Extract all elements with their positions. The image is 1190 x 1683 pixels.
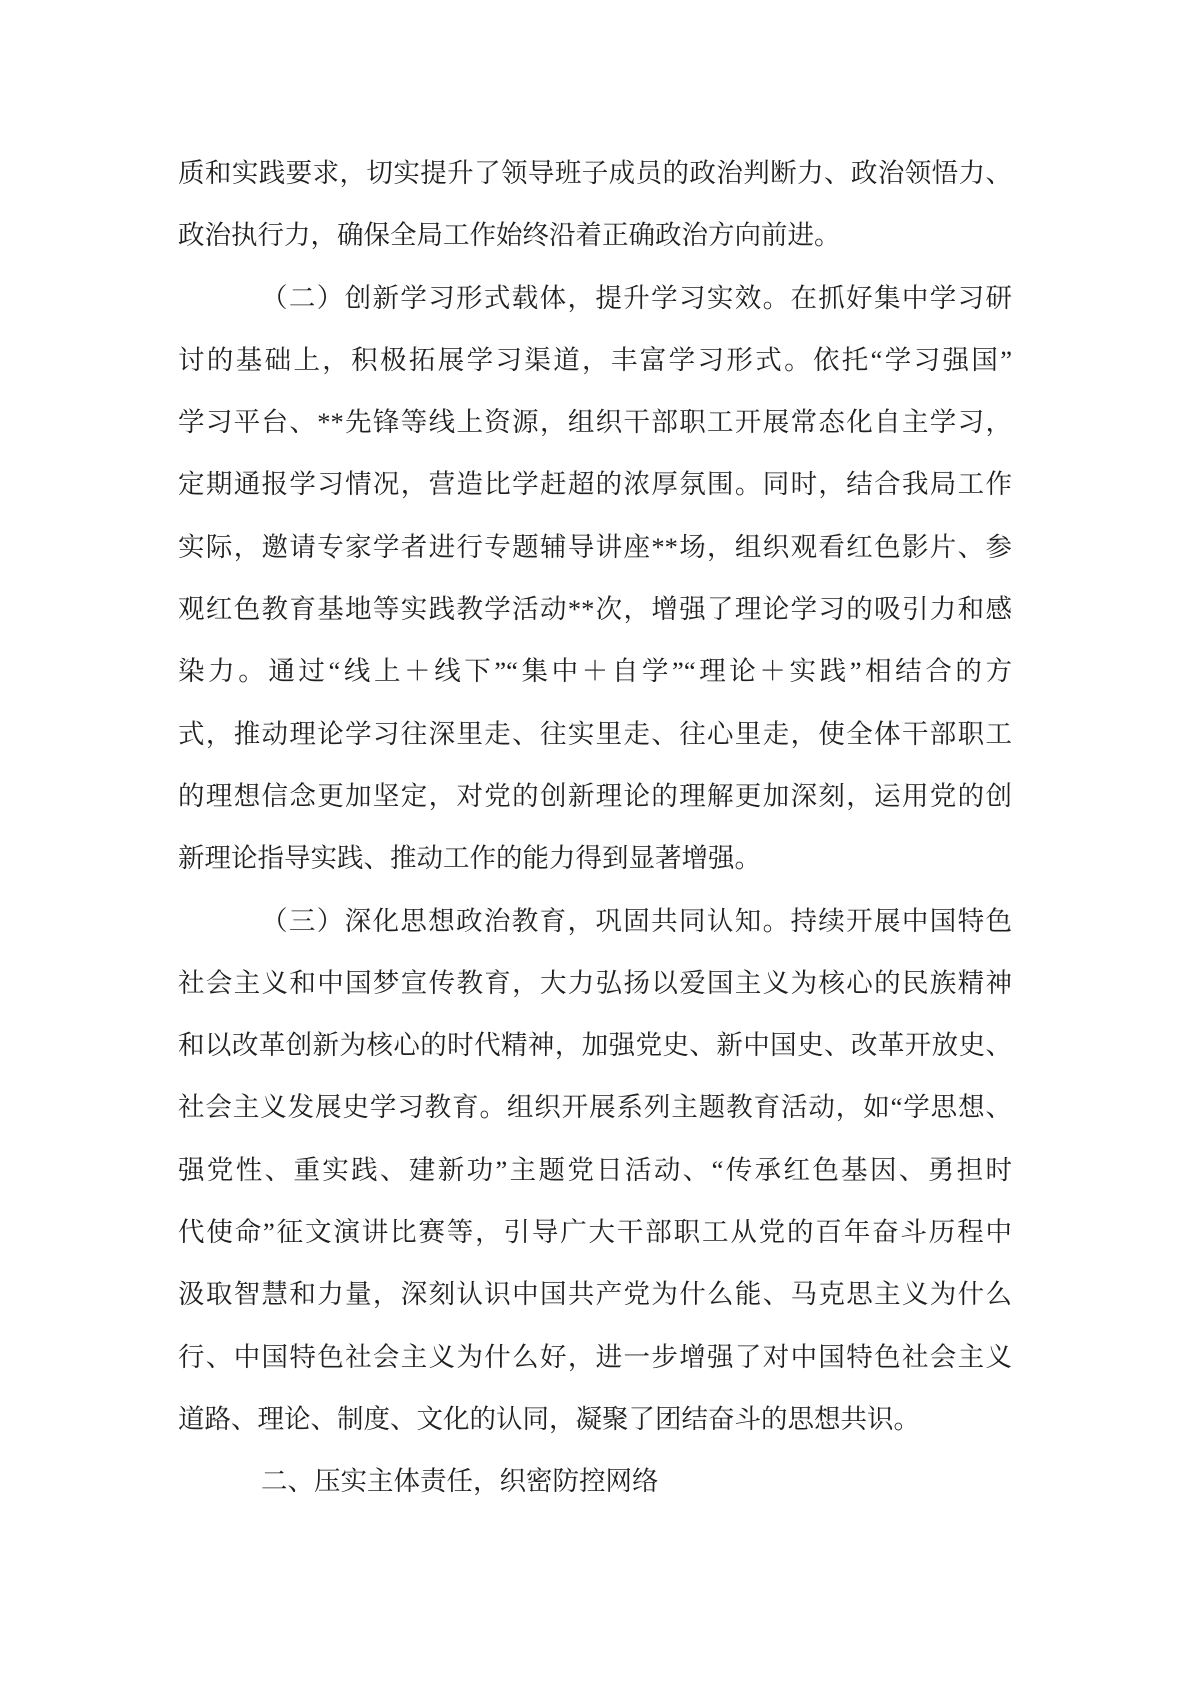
text-line: 代使命”征文演讲比赛等，引导广大干部职工从党的百年奋斗历程中 (178, 1201, 1012, 1263)
paragraph-continued: 质和实践要求，切实提升了领导班子成员的政治判断力、政治领悟力、政治执行力，确保全… (178, 142, 1012, 267)
paragraph-section-3: （三）深化思想政治教育，巩固共同认知。持续开展中国特色社会主义和中国梦宣传教育，… (178, 890, 1012, 1451)
text-line: 染力。通过“线上＋线下”“集中＋自学”“理论＋实践”相结合的方 (178, 640, 1012, 702)
document-page: 质和实践要求，切实提升了领导班子成员的政治判断力、政治领悟力、政治执行力，确保全… (0, 0, 1190, 1683)
text-line: 行、中国特色社会主义为什么好，进一步增强了对中国特色社会主义 (178, 1326, 1012, 1388)
text-line: （二）创新学习形式载体，提升学习实效。在抓好集中学习研 (178, 267, 1012, 329)
text-line: 讨的基础上，积极拓展学习渠道，丰富学习形式。依托“学习强国” (178, 329, 1012, 391)
text-line: 强党性、重实践、建新功”主题党日活动、“传承红色基因、勇担时 (178, 1139, 1012, 1201)
text-line: 社会主义发展史学习教育。组织开展系列主题教育活动，如“学思想、 (178, 1076, 1012, 1138)
text-line: 和以改革创新为核心的时代精神，加强党史、新中国史、改革开放史、 (178, 1014, 1012, 1076)
text-line: （三）深化思想政治教育，巩固共同认知。持续开展中国特色 (178, 890, 1012, 952)
text-line: 实际，邀请专家学者进行专题辅导讲座**场，组织观看红色影片、参 (178, 516, 1012, 578)
text-line: 式，推动理论学习往深里走、往实里走、往心里走，使全体干部职工 (178, 703, 1012, 765)
text-line: 汲取智慧和力量，深刻认识中国共产党为什么能、马克思主义为什么 (178, 1263, 1012, 1325)
text-line: 二、压实主体责任，织密防控网络 (178, 1450, 1012, 1512)
document-body: 质和实践要求，切实提升了领导班子成员的政治判断力、政治领悟力、政治执行力，确保全… (178, 142, 1012, 1513)
text-line: 质和实践要求，切实提升了领导班子成员的政治判断力、政治领悟力、 (178, 142, 1012, 204)
text-line: 道路、理论、制度、文化的认同，凝聚了团结奋斗的思想共识。 (178, 1388, 1012, 1450)
text-line: 观红色教育基地等实践教学活动**次，增强了理论学习的吸引力和感 (178, 578, 1012, 640)
paragraph-section-2: （二）创新学习形式载体，提升学习实效。在抓好集中学习研讨的基础上，积极拓展学习渠… (178, 267, 1012, 890)
text-line: 的理想信念更加坚定，对党的创新理论的理解更加深刻，运用党的创 (178, 765, 1012, 827)
text-line: 社会主义和中国梦宣传教育，大力弘扬以爱国主义为核心的民族精神 (178, 952, 1012, 1014)
text-line: 定期通报学习情况，营造比学赶超的浓厚氛围。同时，结合我局工作 (178, 453, 1012, 515)
heading-section-2: 二、压实主体责任，织密防控网络 (178, 1450, 1012, 1512)
text-line: 学习平台、**先锋等线上资源，组织干部职工开展常态化自主学习， (178, 391, 1012, 453)
text-line: 政治执行力，确保全局工作始终沿着正确政治方向前进。 (178, 204, 1012, 266)
text-line: 新理论指导实践、推动工作的能力得到显著增强。 (178, 827, 1012, 889)
